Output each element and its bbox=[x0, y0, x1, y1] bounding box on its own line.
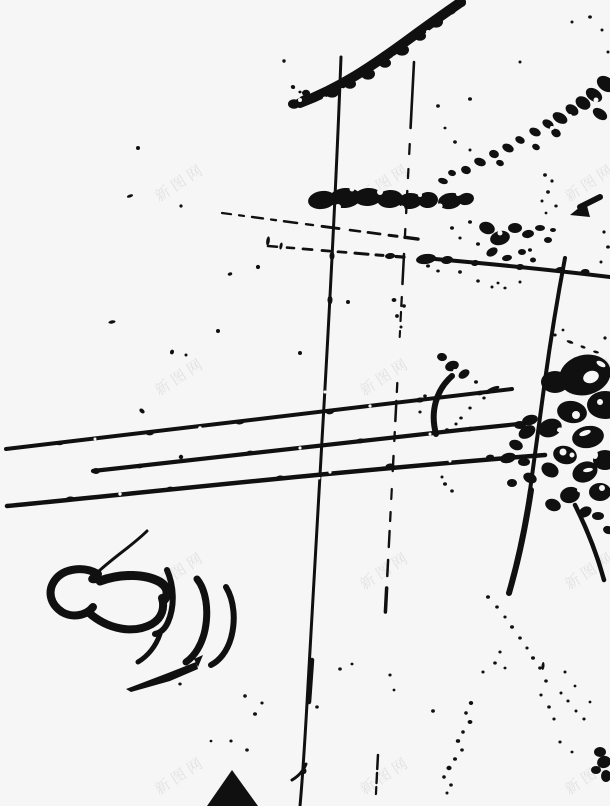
scratch-line-vertical-dashed bbox=[376, 62, 414, 794]
top-arc-stroke bbox=[288, 0, 466, 109]
scratch-line-vertical-left bbox=[292, 57, 341, 806]
calligraphic-scribble bbox=[51, 531, 234, 692]
upper-right-splatter bbox=[307, 73, 610, 263]
scratch-line-long-horizontal bbox=[268, 246, 610, 277]
scratch-line-diagonal-dashed bbox=[222, 213, 418, 239]
corner-triangle bbox=[207, 770, 258, 806]
scratch-lines-triple-horizontal bbox=[6, 389, 545, 506]
grunge-texture-image: 新图网新图网新图网新图网新图网新图网新图网新图网新图网新图网新图网新图网 bbox=[0, 0, 610, 806]
ink-artwork bbox=[0, 0, 610, 806]
